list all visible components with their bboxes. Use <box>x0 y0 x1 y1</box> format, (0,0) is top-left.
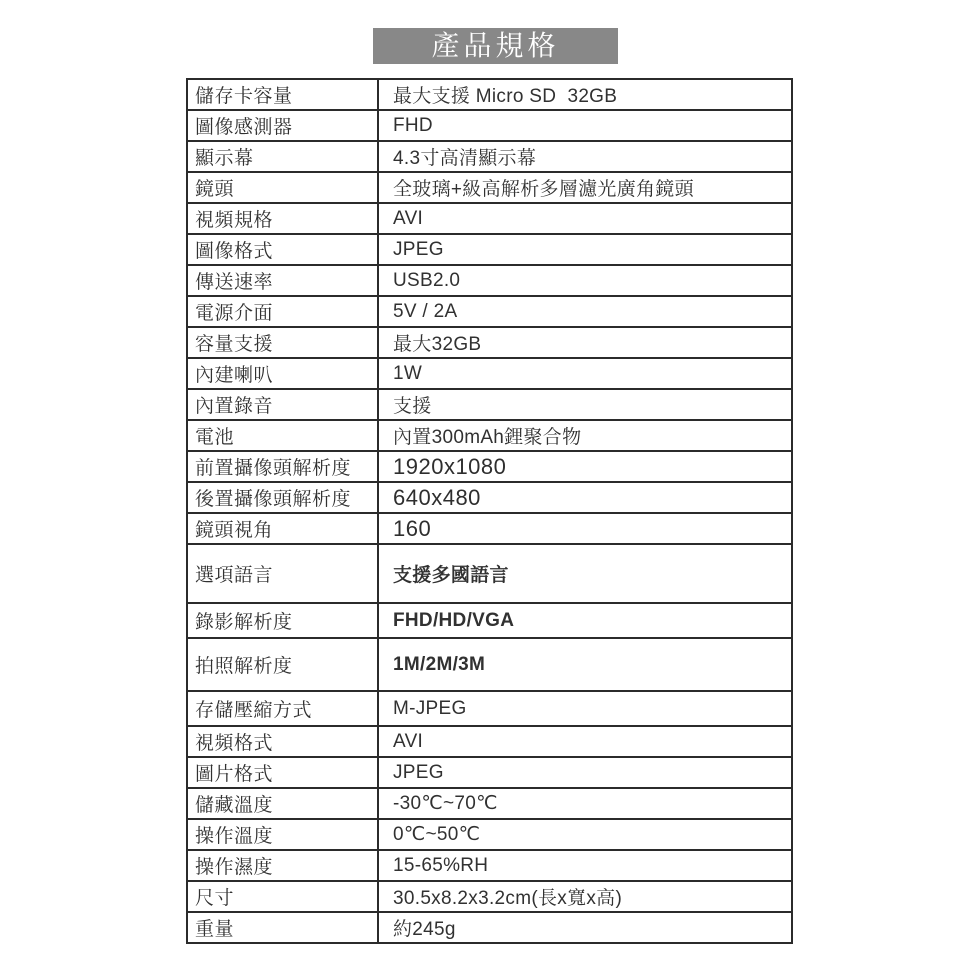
table-row: 內建喇叭 1W <box>187 358 792 389</box>
spec-value: 1920x1080 <box>378 451 792 482</box>
spec-value: FHD <box>378 110 792 141</box>
spec-label: 顯示幕 <box>187 141 378 172</box>
table-row: 電源介面 5V / 2A <box>187 296 792 327</box>
spec-label: 存儲壓縮方式 <box>187 691 378 726</box>
spec-label: 儲藏溫度 <box>187 788 378 819</box>
table-row: 存儲壓縮方式 M-JPEG <box>187 691 792 726</box>
spec-label: 尺寸 <box>187 881 378 912</box>
table-row: 傳送速率 USB2.0 <box>187 265 792 296</box>
table-row: 尺寸 30.5x8.2x3.2cm(長x寬x高) <box>187 881 792 912</box>
spec-label: 後置攝像頭解析度 <box>187 482 378 513</box>
spec-value: 160 <box>378 513 792 544</box>
spec-label: 視頻格式 <box>187 726 378 757</box>
spec-label: 視頻規格 <box>187 203 378 234</box>
spec-value: 支援 <box>378 389 792 420</box>
spec-value: USB2.0 <box>378 265 792 296</box>
spec-label: 容量支援 <box>187 327 378 358</box>
spec-value: AVI <box>378 203 792 234</box>
spec-value: M-JPEG <box>378 691 792 726</box>
spec-value: 5V / 2A <box>378 296 792 327</box>
spec-label: 拍照解析度 <box>187 638 378 691</box>
table-row: 儲藏溫度 -30℃~70℃ <box>187 788 792 819</box>
table-row: 儲存卡容量 最大支援 Micro SD 32GB <box>187 79 792 110</box>
table-row: 選項語言 支援多國語言 <box>187 544 792 603</box>
spec-value: 640x480 <box>378 482 792 513</box>
table-row: 圖片格式 JPEG <box>187 757 792 788</box>
table-row: 操作濕度 15-65%RH <box>187 850 792 881</box>
spec-label: 內建喇叭 <box>187 358 378 389</box>
table-row: 拍照解析度 1M/2M/3M <box>187 638 792 691</box>
spec-label: 傳送速率 <box>187 265 378 296</box>
table-row: 鏡頭視角 160 <box>187 513 792 544</box>
table-row: 操作溫度 0℃~50℃ <box>187 819 792 850</box>
spec-value: 1M/2M/3M <box>378 638 792 691</box>
spec-value: 15-65%RH <box>378 850 792 881</box>
spec-label: 操作濕度 <box>187 850 378 881</box>
spec-label: 圖片格式 <box>187 757 378 788</box>
spec-value: 0℃~50℃ <box>378 819 792 850</box>
spec-value: 30.5x8.2x3.2cm(長x寬x高) <box>378 881 792 912</box>
spec-value: 約245g <box>378 912 792 943</box>
spec-value: 內置300mAh鋰聚合物 <box>378 420 792 451</box>
spec-label: 儲存卡容量 <box>187 79 378 110</box>
table-row: 圖像感測器 FHD <box>187 110 792 141</box>
table-row: 鏡頭 全玻璃+級高解析多層濾光廣角鏡頭 <box>187 172 792 203</box>
spec-table-body: 儲存卡容量 最大支援 Micro SD 32GB 圖像感測器 FHD 顯示幕 4… <box>187 79 792 943</box>
spec-value: 1W <box>378 358 792 389</box>
page-title: 產品規格 <box>373 28 618 64</box>
table-row: 圖像格式 JPEG <box>187 234 792 265</box>
spec-label: 鏡頭 <box>187 172 378 203</box>
spec-value: JPEG <box>378 757 792 788</box>
spec-label: 前置攝像頭解析度 <box>187 451 378 482</box>
spec-value: 全玻璃+級高解析多層濾光廣角鏡頭 <box>378 172 792 203</box>
table-row: 視頻規格 AVI <box>187 203 792 234</box>
spec-label: 錄影解析度 <box>187 603 378 638</box>
spec-value: JPEG <box>378 234 792 265</box>
spec-label: 選項語言 <box>187 544 378 603</box>
spec-label: 圖像格式 <box>187 234 378 265</box>
spec-table: 儲存卡容量 最大支援 Micro SD 32GB 圖像感測器 FHD 顯示幕 4… <box>186 78 793 944</box>
spec-value: 4.3寸高清顯示幕 <box>378 141 792 172</box>
spec-value: AVI <box>378 726 792 757</box>
table-row: 顯示幕 4.3寸高清顯示幕 <box>187 141 792 172</box>
spec-value: 最大32GB <box>378 327 792 358</box>
table-row: 前置攝像頭解析度 1920x1080 <box>187 451 792 482</box>
table-row: 重量 約245g <box>187 912 792 943</box>
spec-value: FHD/HD/VGA <box>378 603 792 638</box>
spec-label: 操作溫度 <box>187 819 378 850</box>
table-row: 內置錄音 支援 <box>187 389 792 420</box>
spec-label: 圖像感測器 <box>187 110 378 141</box>
spec-label: 內置錄音 <box>187 389 378 420</box>
spec-label: 電源介面 <box>187 296 378 327</box>
table-row: 容量支援 最大32GB <box>187 327 792 358</box>
table-row: 錄影解析度 FHD/HD/VGA <box>187 603 792 638</box>
spec-value: 支援多國語言 <box>378 544 792 603</box>
table-row: 後置攝像頭解析度 640x480 <box>187 482 792 513</box>
spec-value: -30℃~70℃ <box>378 788 792 819</box>
spec-value: 最大支援 Micro SD 32GB <box>378 79 792 110</box>
table-row: 電池 內置300mAh鋰聚合物 <box>187 420 792 451</box>
spec-label: 重量 <box>187 912 378 943</box>
table-row: 視頻格式 AVI <box>187 726 792 757</box>
spec-label: 電池 <box>187 420 378 451</box>
spec-label: 鏡頭視角 <box>187 513 378 544</box>
